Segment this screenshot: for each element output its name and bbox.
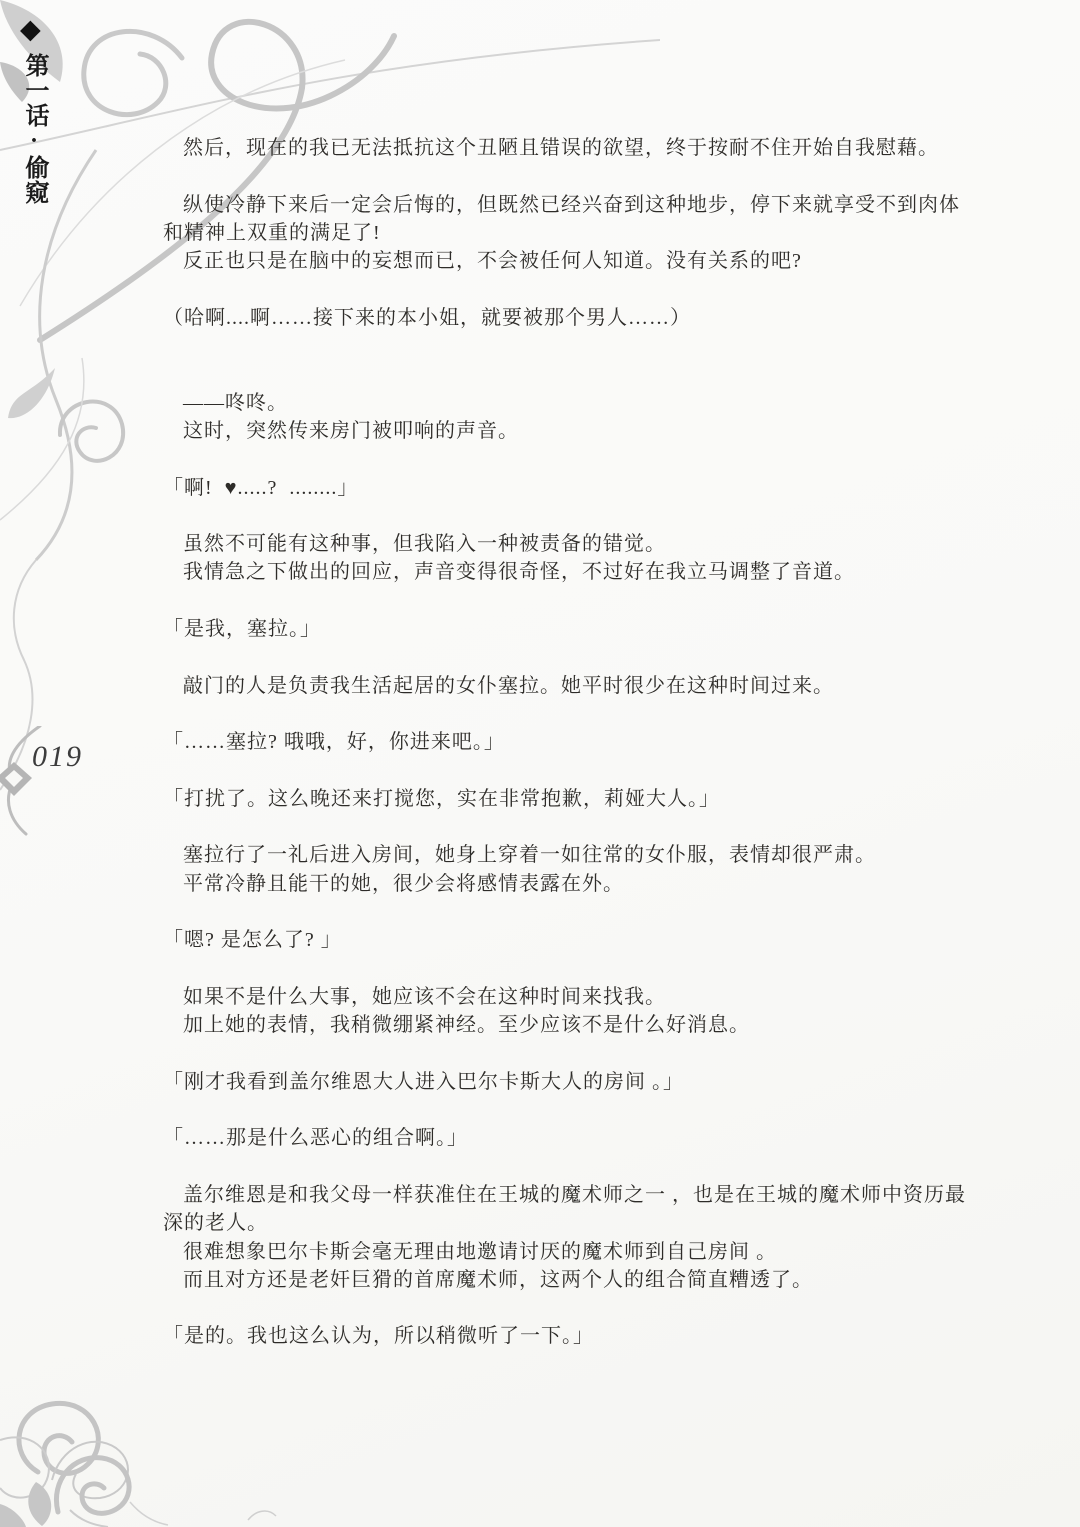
text-line: 平常冷静且能干的她，很少会将感情表露在外。 <box>163 870 963 898</box>
text-line: 敲门的人是负责我生活起居的女仆塞拉。她平时很少在这种时间过来。 <box>163 672 963 700</box>
text-line: 然后，现在的我已无法抵抗这个丑陋且错误的欲望，终于按耐不住开始自我慰藉。 <box>163 134 963 162</box>
blank-line <box>163 587 963 615</box>
page-number: 019 <box>32 740 83 774</box>
text-line: 纵使冷静下来后一定会后悔的，但既然已经兴奋到这种地步，停下来就享受不到肉体 <box>163 191 963 219</box>
blank-line <box>163 332 963 360</box>
blank-line <box>163 360 963 388</box>
text-line: 「刚才我看到盖尔维恩大人进入巴尔卡斯大人的房间 。」 <box>163 1068 963 1096</box>
body-text: 然后，现在的我已无法抵抗这个丑陋且错误的欲望，终于按耐不住开始自我慰藉。纵使冷静… <box>163 134 963 1351</box>
blank-line <box>163 1096 963 1124</box>
book-page: ◆ 第一话·偷窥 019 然后，现在的我已无法抵抗这个丑陋且错误的欲望，终于按耐… <box>0 0 1080 1527</box>
text-line: 如果不是什么大事，她应该不会在这种时间来找我。 <box>163 983 963 1011</box>
blank-line <box>163 162 963 190</box>
blank-line <box>163 1153 963 1181</box>
text-line: 而且对方还是老奸巨猾的首席魔术师，这两个人的组合简直糟透了。 <box>163 1266 963 1294</box>
blank-line <box>163 643 963 671</box>
text-line: 「……塞拉? 哦哦，好，你进来吧。」 <box>163 728 963 756</box>
text-line: 「是我，塞拉。」 <box>163 615 963 643</box>
floral-swirl-bottom-left-ornament <box>0 1392 340 1527</box>
text-line: 虽然不可能有这种事，但我陷入一种被责备的错觉。 <box>163 530 963 558</box>
blank-line <box>163 502 963 530</box>
blank-line <box>163 898 963 926</box>
text-line: 反正也只是在脑中的妄想而已，不会被任何人知道。没有关系的吧? <box>163 247 963 275</box>
text-line: 我情急之下做出的回应，声音变得很奇怪，不过好在我立马调整了音道。 <box>163 558 963 586</box>
blank-line <box>163 1040 963 1068</box>
chapter-diamond-icon: ◆ <box>20 16 41 43</box>
blank-line <box>163 445 963 473</box>
text-line: 加上她的表情，我稍微绷紧神经。至少应该不是什么好消息。 <box>163 1011 963 1039</box>
blank-line <box>163 1294 963 1322</box>
text-line: 「是的。我也这么认为，所以稍微听了一下。」 <box>163 1322 963 1350</box>
blank-line <box>163 813 963 841</box>
text-line: ——咚咚。 <box>163 389 963 417</box>
text-line: 「打扰了。这么晚还来打搅您，实在非常抱歉，莉娅大人。」 <box>163 785 963 813</box>
blank-line <box>163 955 963 983</box>
text-line: 和精神上双重的满足了! <box>163 219 963 247</box>
text-line: 「啊! ♥.....? ........」 <box>163 474 963 502</box>
text-line: 很难想象巴尔卡斯会毫无理由地邀请讨厌的魔术师到自己房间 。 <box>163 1238 963 1266</box>
blank-line <box>163 275 963 303</box>
blank-line <box>163 757 963 785</box>
text-line: 这时，突然传来房门被叩响的声音。 <box>163 417 963 445</box>
chapter-title: 第一话·偷窥 <box>17 53 52 223</box>
text-line: 塞拉行了一礼后进入房间，她身上穿着一如往常的女仆服，表情却很严肃。 <box>163 841 963 869</box>
text-line: 「……那是什么恶心的组合啊。」 <box>163 1124 963 1152</box>
text-line: 盖尔维恩是和我父母一样获准住在王城的魔术师之一 ，也是在王城的魔术师中资历最 <box>163 1181 963 1209</box>
text-line: 深的老人。 <box>163 1209 963 1237</box>
blank-line <box>163 700 963 728</box>
text-line: 「嗯? 是怎么了? 」 <box>163 926 963 954</box>
text-line: （哈啊....啊……接下来的本小姐，就要被那个男人……） <box>163 304 963 332</box>
